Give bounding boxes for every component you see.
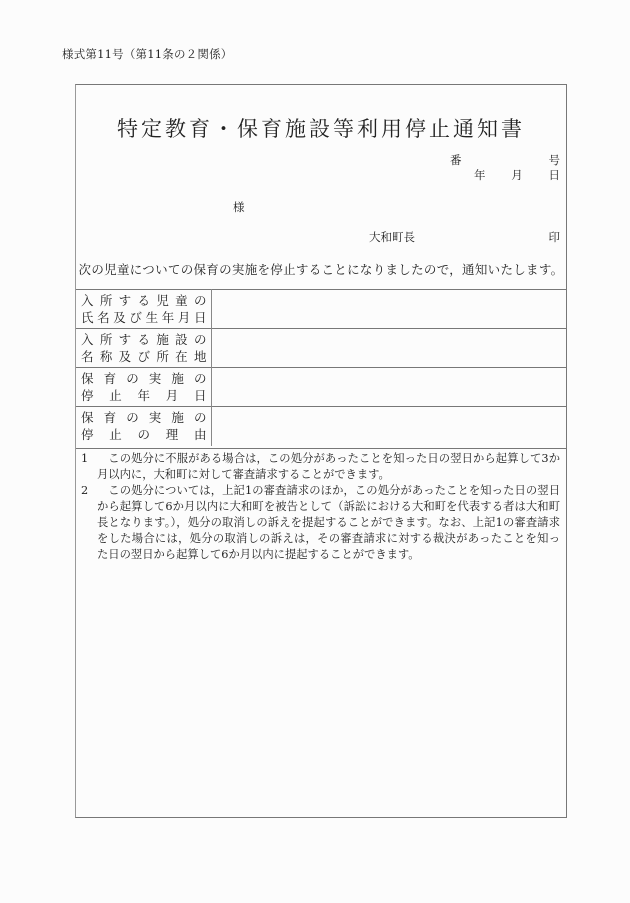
number-prefix: 番: [450, 152, 462, 168]
note-item: 1この処分に不服がある場合は，この処分があったことを知った日の翌日から起算して3…: [81, 451, 560, 483]
label-line: 保育の実施の: [81, 409, 207, 426]
sender: 大和町長: [369, 229, 415, 245]
document-frame: 特定教育・保育施設等利用停止通知書 番 号 年 月 日 様 大和町長 印 次の児…: [75, 84, 567, 818]
row-value-field[interactable]: [211, 368, 566, 407]
row-label: 入所する児童の氏名及び生年月日: [76, 290, 211, 329]
info-table: 入所する児童の氏名及び生年月日入所する施設の名称及び所在地保育の実施の停止年月日…: [76, 289, 566, 446]
document-number-line: 番 号: [450, 152, 560, 168]
addressee: 様: [233, 199, 245, 215]
table-row: 入所する児童の氏名及び生年月日: [76, 290, 566, 329]
number-suffix: 号: [549, 152, 561, 168]
row-value-field[interactable]: [211, 407, 566, 446]
intro-text: 次の児童についての保育の実施を停止することになりましたので，通知いたします。: [76, 260, 566, 278]
note-item: 2この処分については，上記1の審査請求のほか，この処分があったことを知った日の翌…: [81, 483, 560, 563]
table-row: 保育の実施の停止の理由: [76, 407, 566, 446]
label-line: 名称及び所在地: [81, 348, 207, 365]
date-year: 年: [474, 167, 486, 183]
label-line: 入所する施設の: [81, 331, 207, 348]
row-label: 保育の実施の停止の理由: [76, 407, 211, 446]
table-row: 保育の実施の停止年月日: [76, 368, 566, 407]
note-text: この処分については，上記1の審査請求のほか，この処分があったことを知った日の翌日…: [97, 483, 560, 563]
document-title: 特定教育・保育施設等利用停止通知書: [76, 113, 566, 143]
document-date-line: 年 月 日: [474, 167, 560, 183]
label-line: 停止年月日: [81, 387, 207, 404]
label-line: 入所する児童の: [81, 292, 207, 309]
seal-mark: 印: [549, 229, 561, 245]
note-number: 2: [81, 483, 97, 563]
row-value-field[interactable]: [211, 329, 566, 368]
note-number: 1: [81, 451, 97, 483]
date-day: 日: [549, 167, 561, 183]
form-number: 様式第11号（第11条の２関係）: [62, 46, 232, 62]
note-text: この処分に不服がある場合は，この処分があったことを知った日の翌日から起算して3か…: [97, 451, 560, 483]
label-line: 氏名及び生年月日: [81, 309, 207, 326]
notes-section: 1この処分に不服がある場合は，この処分があったことを知った日の翌日から起算して3…: [76, 448, 566, 563]
row-label: 保育の実施の停止年月日: [76, 368, 211, 407]
table-row: 入所する施設の名称及び所在地: [76, 329, 566, 368]
label-line: 停止の理由: [81, 426, 207, 443]
date-month: 月: [511, 167, 523, 183]
label-line: 保育の実施の: [81, 370, 207, 387]
row-label: 入所する施設の名称及び所在地: [76, 329, 211, 368]
row-value-field[interactable]: [211, 290, 566, 329]
